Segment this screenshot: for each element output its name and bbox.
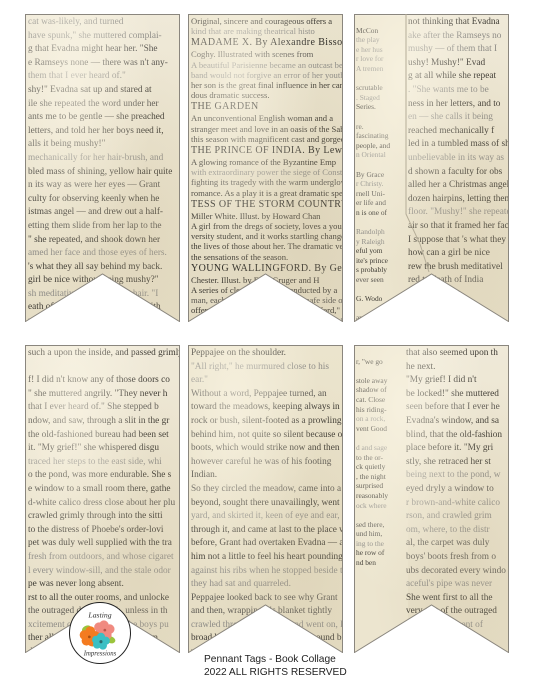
footer-title: Pennant Tags - Book Collage <box>204 654 347 667</box>
pennant-tag-3: McConthe playe her husr love forA tremen… <box>354 14 509 322</box>
pennant-tag-6: r, "we go stole awayshadow ofcat. Closeh… <box>354 345 509 653</box>
text-line: offence. As "Get-Rich-Quick Wallingford,… <box>191 305 340 315</box>
svg-text:Impressions: Impressions <box>83 650 117 657</box>
text-line: the most amusing expose of money manipul… <box>191 316 340 322</box>
paper-stain <box>188 14 343 322</box>
paper-stain <box>354 14 509 322</box>
flower-cluster-icon: Lasting Impressions <box>70 603 130 663</box>
pennant-tag-2: Original, sincere and courageous offers … <box>188 14 343 322</box>
paper-stain <box>188 345 343 653</box>
svg-text:Lasting: Lasting <box>87 611 111 620</box>
footer-credits: Pennant Tags - Book Collage 2022 ALL RIG… <box>204 654 347 679</box>
lasting-impressions-logo: Lasting Impressions <box>69 602 131 664</box>
pennant-tag-5: Peppajee on the shoulder."All right," he… <box>188 345 343 653</box>
footer-copyright: 2022 ALL RIGHTS RESERVED <box>204 667 347 680</box>
text-line: ed the <box>406 646 507 653</box>
text-line: poplars. Suddenly he stopped abruptly <box>191 646 340 653</box>
paper-stain <box>354 345 509 653</box>
text-line: ness, "and — and snakes — <box>28 315 177 322</box>
pennant-tag-1: cat was-likely, and turnedhave spunk," s… <box>25 14 180 322</box>
paper-stain <box>25 14 180 322</box>
